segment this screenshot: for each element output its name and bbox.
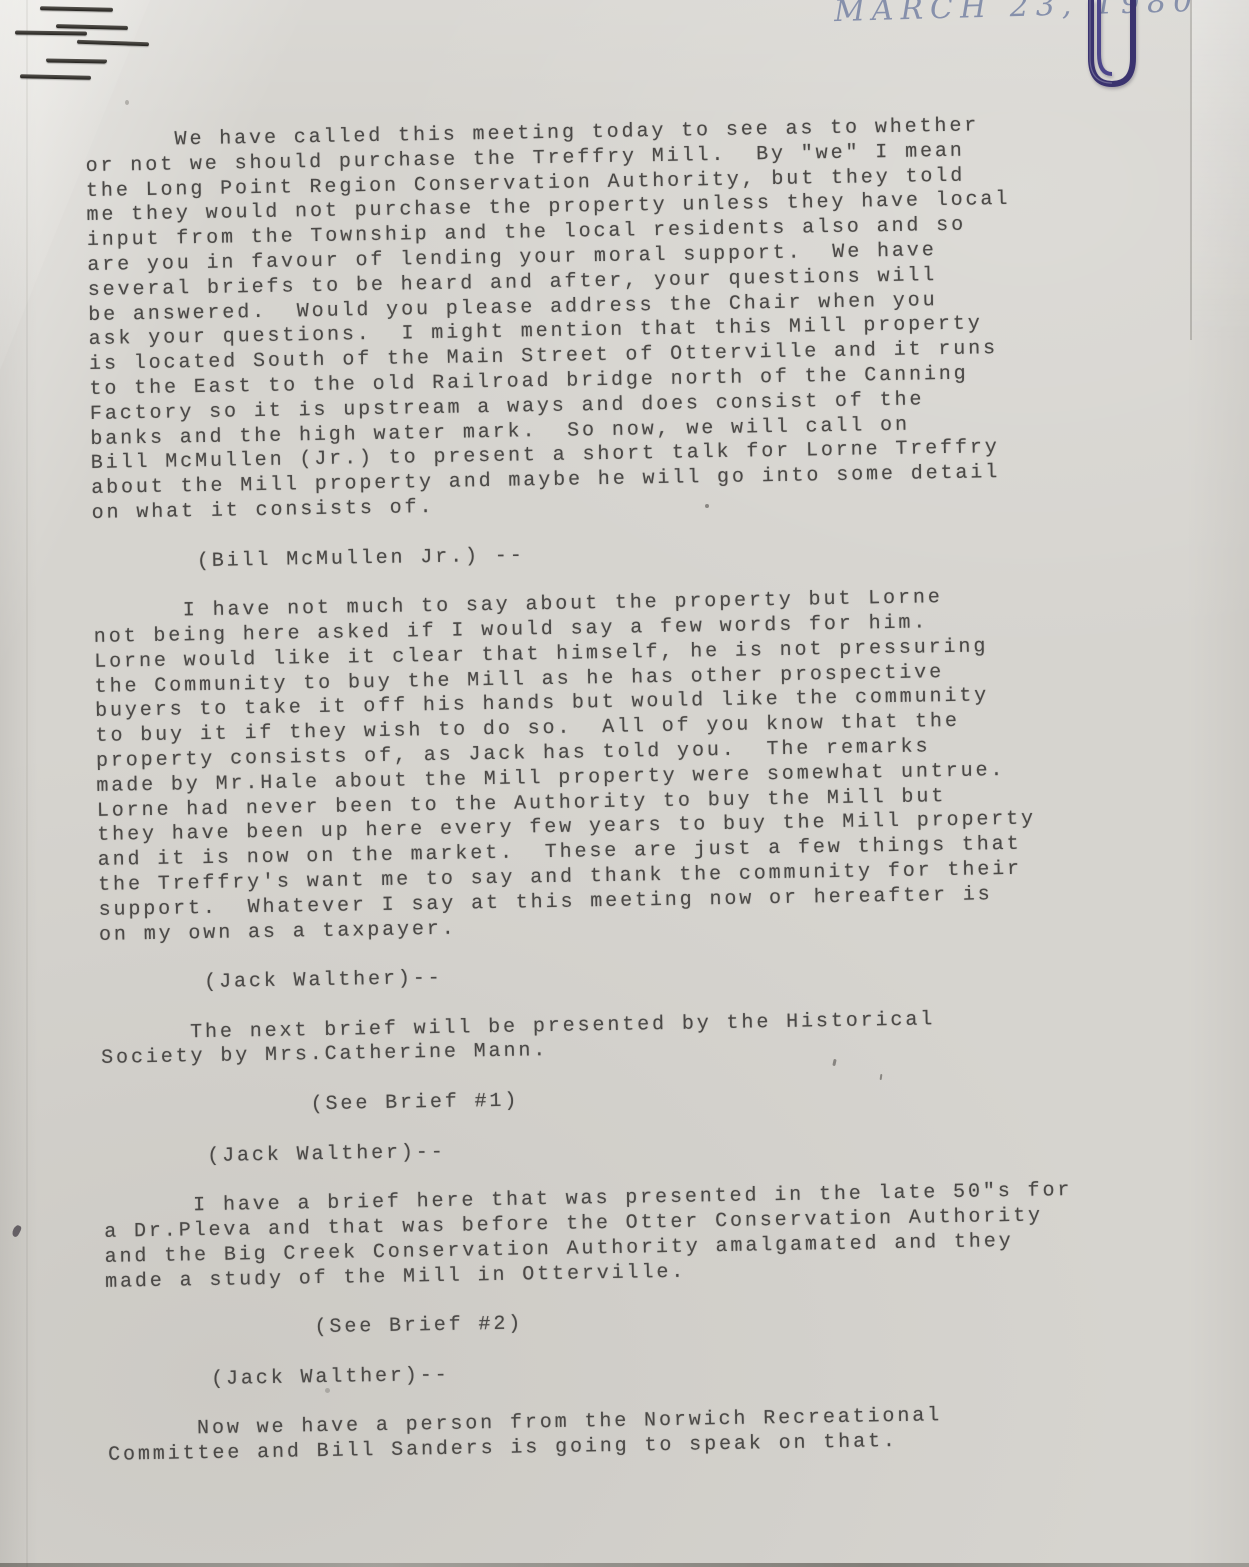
typed-line: (See Brief #1)	[102, 1080, 1071, 1122]
staple-icon	[56, 24, 128, 30]
speaker-bill-mcmullen: (Bill McMullen Jr.) --	[92, 535, 1061, 577]
see-brief-1: (See Brief #1)	[102, 1080, 1071, 1122]
norwich-recreational-intro: Now we have a person from the Norwich Re…	[108, 1402, 1077, 1468]
typed-text: We have called this meeting today to see…	[85, 113, 1077, 1469]
see-brief-2: (See Brief #2)	[106, 1303, 1075, 1345]
bill-mcmullen-remarks: I have not much to say about the propert…	[93, 584, 1068, 948]
page-edge-right	[1190, 0, 1249, 340]
staple-icon	[46, 58, 107, 63]
historical-society-intro: The next brief will be presented by the …	[101, 1006, 1070, 1072]
speaker-jack-walther-3: (Jack Walther)--	[107, 1353, 1076, 1395]
pen-tick-mark	[11, 1224, 23, 1238]
typed-line: (Bill McMullen Jr.) --	[92, 535, 1061, 577]
scanned-document-page: MARCH 23, 1980 We have called this meeti…	[0, 0, 1249, 1567]
typed-line: (Jack Walther)--	[103, 1130, 1072, 1172]
left-crease-line	[26, 0, 28, 1567]
speaker-jack-walther-2: (Jack Walther)--	[103, 1130, 1072, 1172]
opening-paragraph: We have called this meeting today to see…	[85, 113, 1060, 527]
staple-icon	[20, 74, 91, 80]
typed-line: (Jack Walther)--	[107, 1353, 1076, 1395]
staple-icon	[40, 6, 113, 12]
staple-icon	[77, 40, 149, 47]
staple-icon	[15, 30, 87, 35]
dr-pleva-brief-intro: I have a brief here that was presented i…	[104, 1179, 1074, 1295]
paper-speck	[325, 1388, 330, 1393]
typed-line: (Jack Walther)--	[100, 956, 1069, 998]
paperclip-icon	[1079, 0, 1149, 100]
speaker-jack-walther-1: (Jack Walther)--	[100, 956, 1069, 998]
paper-speck	[125, 100, 129, 105]
scan-bottom-edge	[0, 1563, 1249, 1567]
paper-speck	[705, 504, 709, 508]
typed-line: (See Brief #2)	[106, 1303, 1075, 1345]
